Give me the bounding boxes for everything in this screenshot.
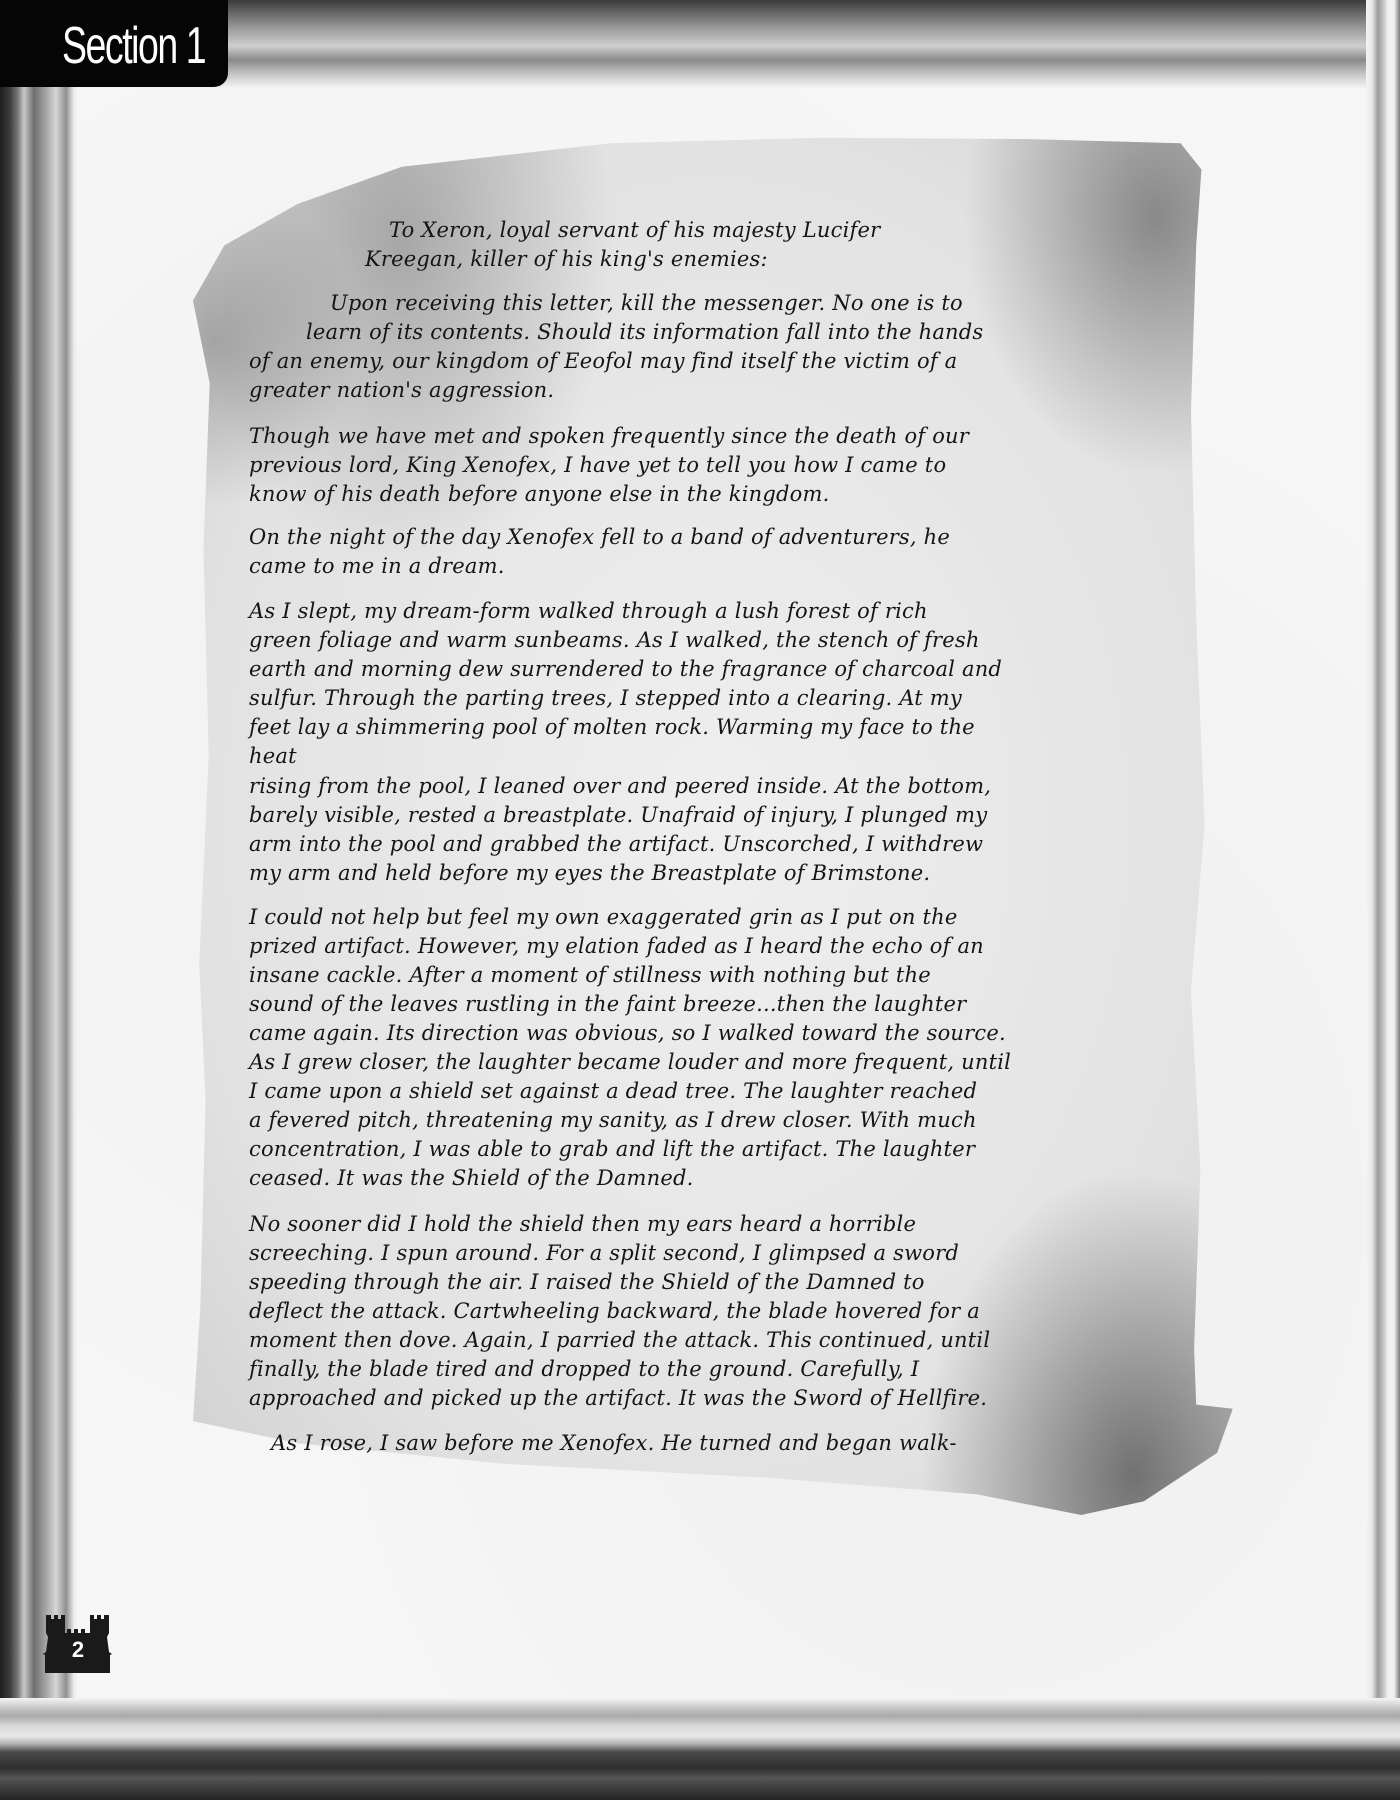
paragraph-line: I could not help but feel my own exagger… — [249, 903, 957, 931]
paragraph-line: No sooner did I hold the shield then my … — [249, 1210, 916, 1238]
paragraph-line: finally, the blade tired and dropped to … — [249, 1355, 919, 1383]
paragraph-line: arm into the pool and grabbed the artifa… — [249, 830, 983, 858]
paragraph-line: As I rose, I saw before me Xenofex. He t… — [271, 1429, 957, 1457]
paragraph-line: I came upon a shield set against a dead … — [249, 1077, 977, 1105]
paragraph-line: Upon receiving this letter, kill the mes… — [330, 289, 963, 317]
paragraph-line: of an enemy, our kingdom of Eeofol may f… — [249, 347, 957, 375]
paragraph-line: concentration, I was able to grab and li… — [249, 1135, 975, 1163]
salutation-line: Kreegan, killer of his king's enemies: — [365, 245, 768, 273]
paragraph-line: approached and picked up the artifact. I… — [249, 1384, 987, 1412]
paragraph-line: heat — [249, 742, 297, 770]
paragraph-line: deflect the attack. Cartwheeling backwar… — [249, 1297, 980, 1325]
paragraph-line: barely visible, rested a breastplate. Un… — [249, 801, 987, 829]
paragraph-line: earth and morning dew surrendered to the… — [249, 655, 1002, 683]
paragraph-line: a fevered pitch, threatening my sanity, … — [249, 1106, 977, 1134]
paragraph-line: prized artifact. However, my elation fad… — [249, 932, 984, 960]
paragraph-line: feet lay a shimmering pool of molten roc… — [249, 713, 975, 741]
paragraph-line: green foliage and warm sunbeams. As I wa… — [249, 626, 980, 654]
salutation-line: To Xeron, loyal servant of his majesty L… — [389, 216, 880, 244]
paragraph-line: came again. Its direction was obvious, s… — [249, 1019, 1006, 1047]
paragraph-line: my arm and held before my eyes the Breas… — [249, 859, 930, 887]
paragraph-line: moment then dove. Again, I parried the a… — [249, 1326, 990, 1354]
letter: To Xeron, loyal servant of his majesty L… — [0, 0, 1400, 1800]
paragraph-line: sulfur. Through the parting trees, I ste… — [249, 684, 962, 712]
paragraph-line: On the night of the day Xenofex fell to … — [249, 523, 950, 551]
paragraph-line: came to me in a dream. — [249, 552, 505, 580]
paragraph-line: rising from the pool, I leaned over and … — [249, 772, 991, 800]
paragraph-line: previous lord, King Xenofex, I have yet … — [249, 451, 946, 479]
paragraph-line: ceased. It was the Shield of the Damned. — [249, 1164, 694, 1192]
paragraph-line: sound of the leaves rustling in the fain… — [249, 990, 966, 1018]
page-number: 2 — [43, 1637, 113, 1663]
paragraph-line: speeding through the air. I raised the S… — [249, 1268, 925, 1296]
paragraph-line: As I slept, my dream-form walked through… — [249, 597, 928, 625]
paragraph-line: Though we have met and spoken frequently… — [249, 422, 969, 450]
paragraph-line: screeching. I spun around. For a split s… — [249, 1239, 959, 1267]
paragraph-line: insane cackle. After a moment of stillne… — [249, 961, 931, 989]
page-number-badge: 2 — [43, 1615, 113, 1673]
paragraph-line: know of his death before anyone else in … — [249, 480, 829, 508]
paragraph-line: As I grew closer, the laughter became lo… — [249, 1048, 1011, 1076]
paragraph-line: greater nation's aggression. — [249, 376, 554, 404]
paragraph-line: learn of its contents. Should its inform… — [306, 318, 983, 346]
